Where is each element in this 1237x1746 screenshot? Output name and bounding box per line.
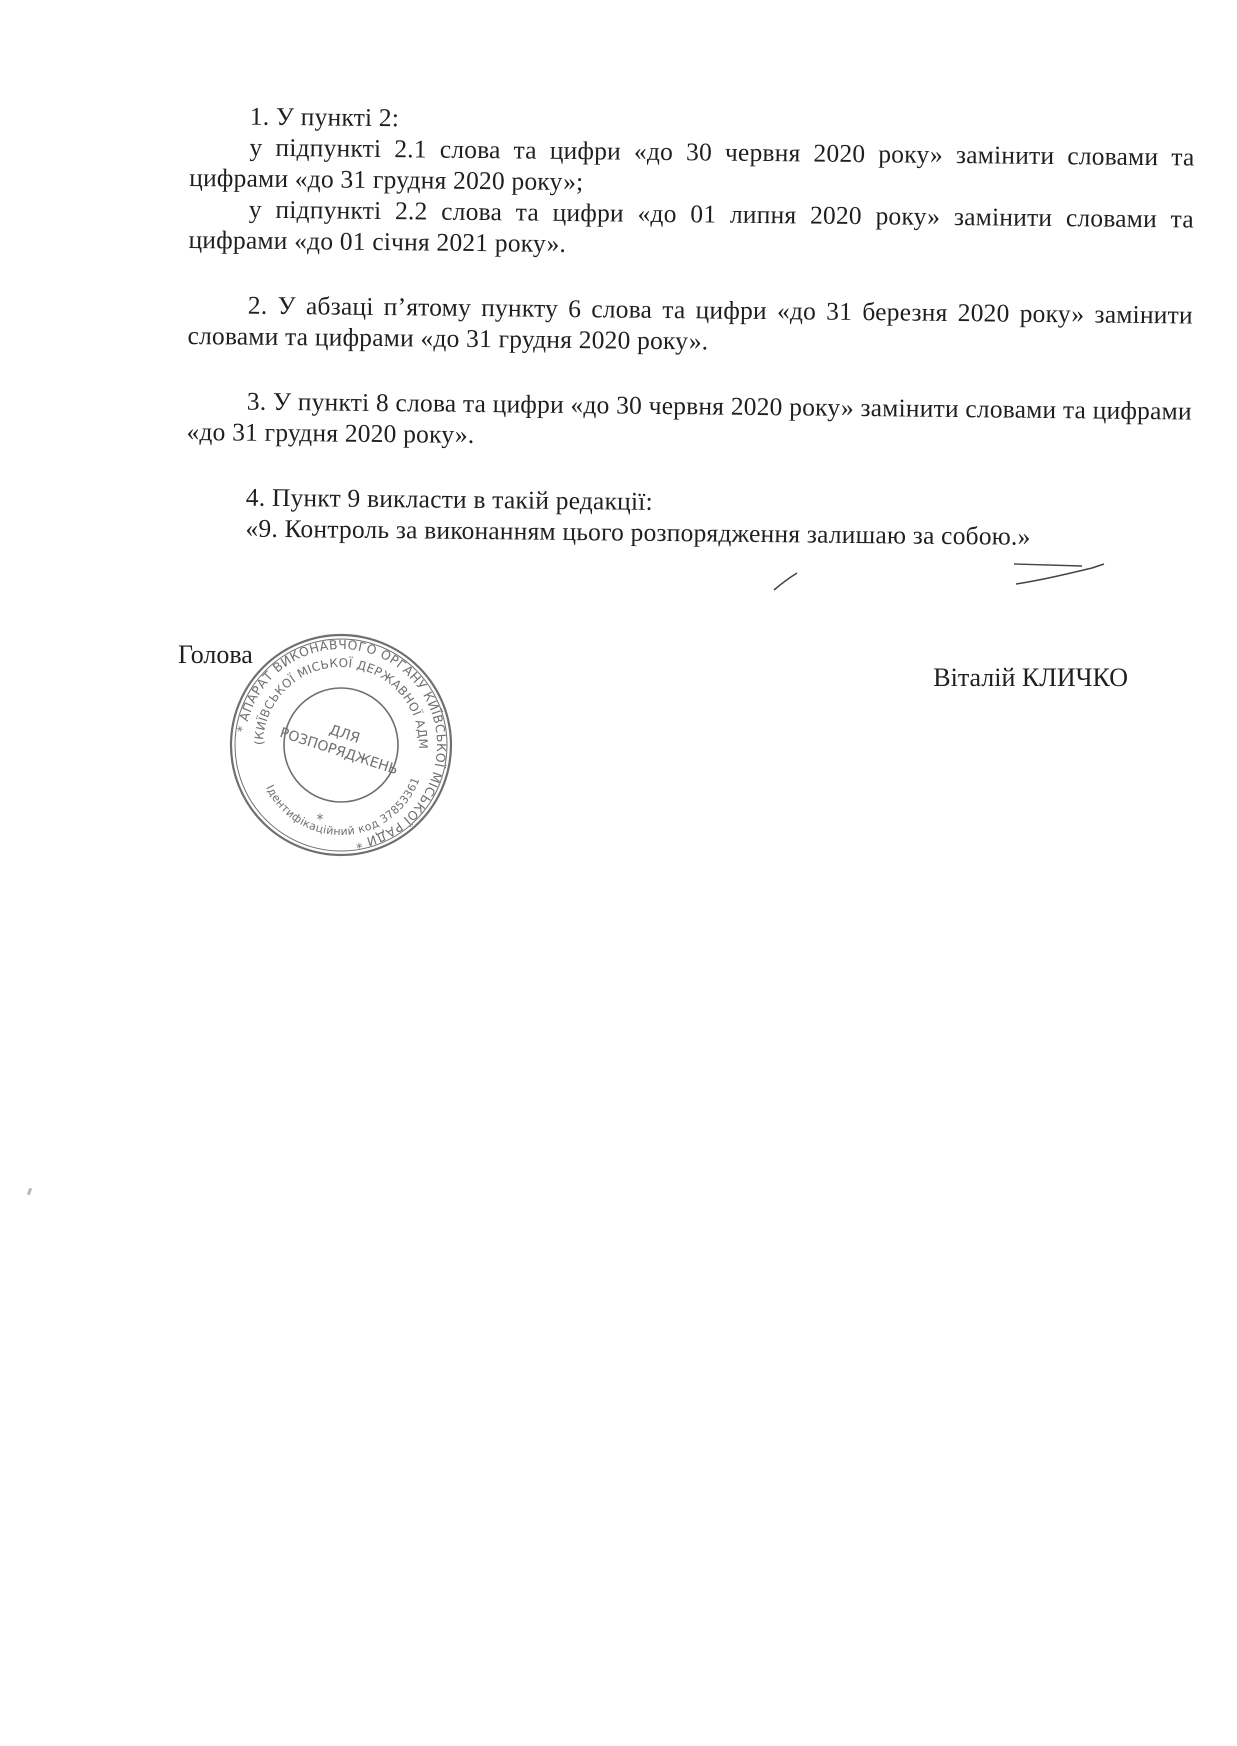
item-3-text: 3. У пункті 8 слова та цифри «до 30 черв… xyxy=(186,385,1192,458)
stamp-seal-icon: * АПАРАТ ВИКОНАВЧОГО ОРГАНУ КИЇВСЬКОЇ МІ… xyxy=(228,632,454,858)
svg-text:*: * xyxy=(317,812,324,828)
pencil-strike-mark xyxy=(1012,560,1112,590)
pencil-correction-mark xyxy=(771,570,801,594)
item-2-text: 2. У абзаці п’ятому пункту 6 слова та ци… xyxy=(187,289,1193,362)
official-stamp: * АПАРАТ ВИКОНАВЧОГО ОРГАНУ КИЇВСЬКОЇ МІ… xyxy=(228,632,454,858)
item-1-subitem-2-2: у підпункті 2.2 слова та цифри «до 01 ли… xyxy=(188,193,1194,266)
document-body: 1. У пункті 2: у підпункті 2.1 слова та … xyxy=(185,100,1195,553)
item-1-subitem-2-1: у підпункті 2.1 слова та цифри «до 30 че… xyxy=(189,131,1195,204)
signatory-name: Віталій КЛИЧКО xyxy=(933,663,1128,693)
scan-speck xyxy=(27,1188,32,1196)
document-page: 1. У пункті 2: у підпункті 2.1 слова та … xyxy=(0,0,1237,1746)
